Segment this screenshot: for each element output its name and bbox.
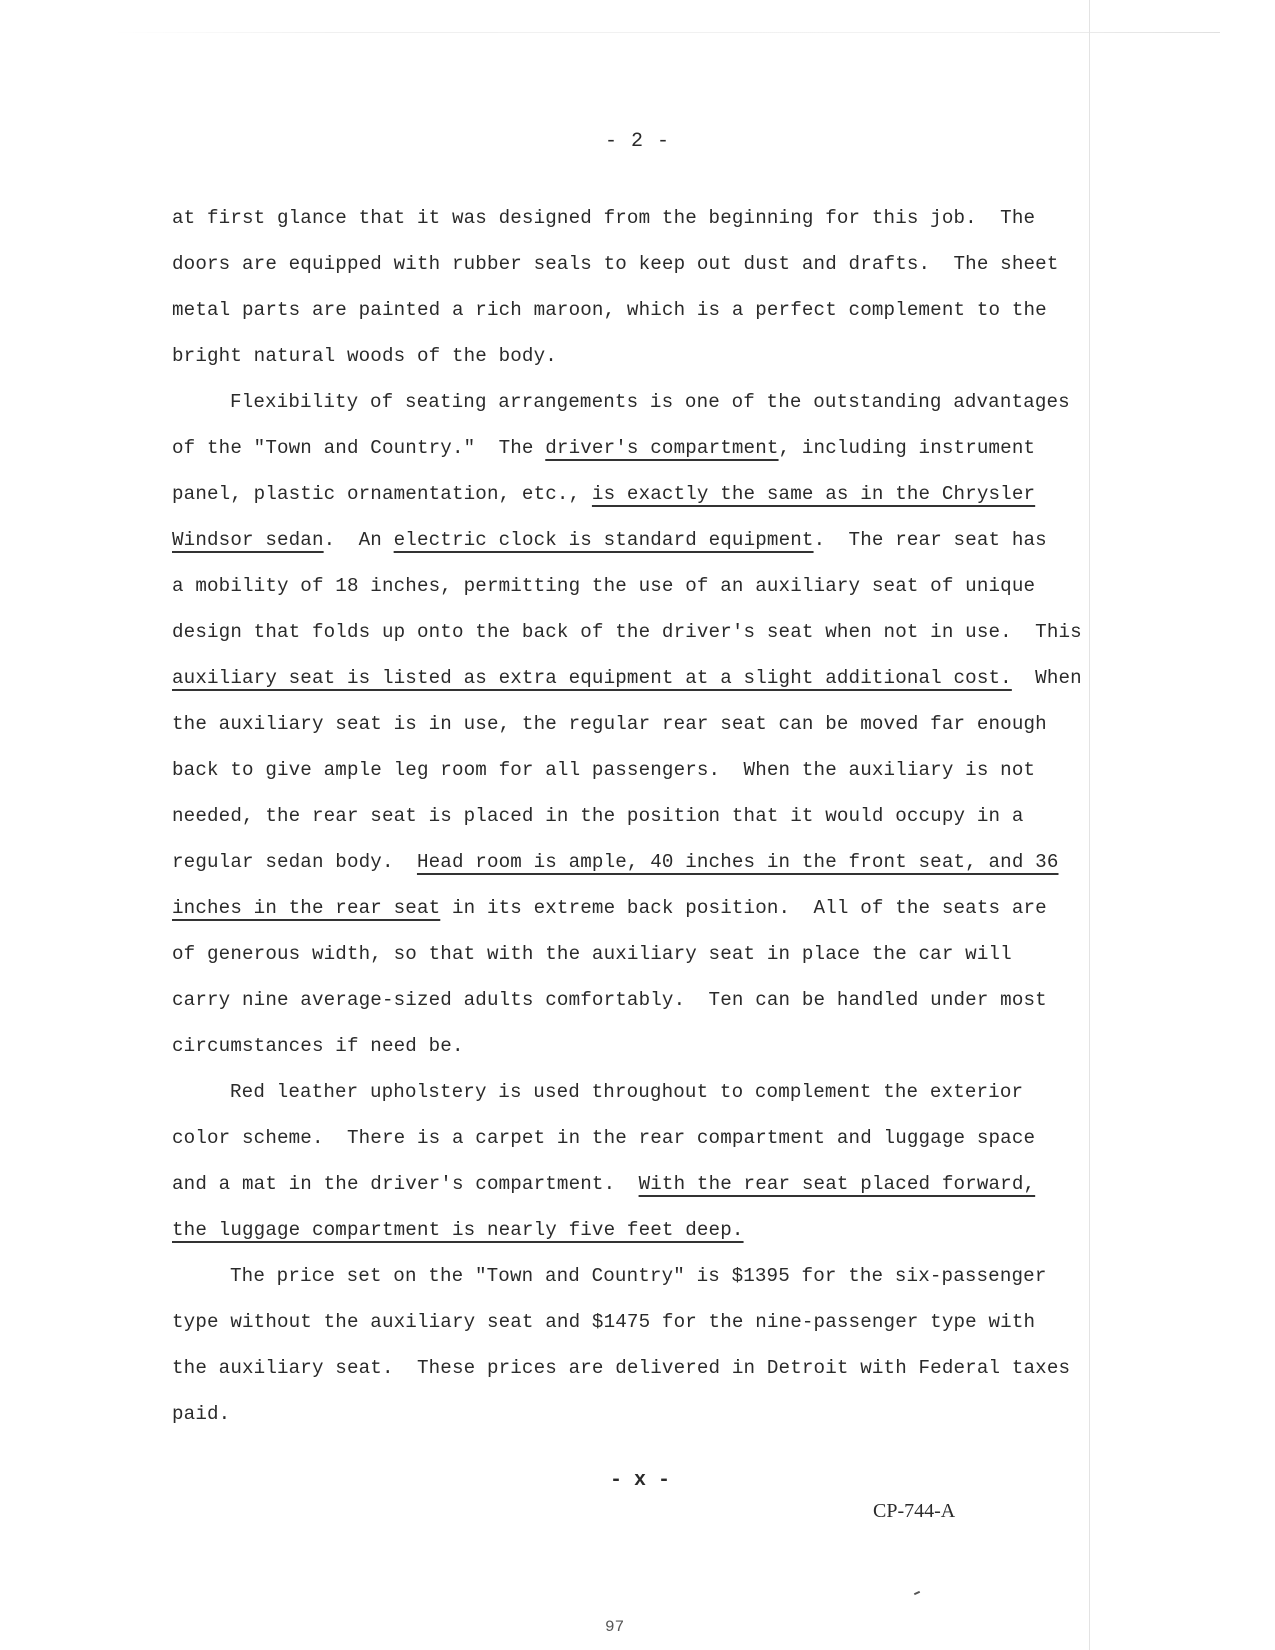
text-line: carry nine average-sized adults comforta… <box>172 977 1132 1023</box>
document-page: - 2 - at first glance that it was design… <box>0 0 1275 1650</box>
text-line: doors are equipped with rubber seals to … <box>172 241 1132 287</box>
underlined-text: is exactly the same as in the Chrysler <box>592 483 1035 505</box>
text-segment: doors are equipped with rubber seals to … <box>172 253 1059 275</box>
text-segment: back to give ample leg room for all pass… <box>172 759 1035 781</box>
text-segment: paid. <box>172 1403 230 1425</box>
text-line: panel, plastic ornamentation, etc., is e… <box>172 471 1132 517</box>
text-line: the auxiliary seat is in use, the regula… <box>172 701 1132 747</box>
text-line: a mobility of 18 inches, permitting the … <box>172 563 1132 609</box>
underlined-text: With the rear seat placed forward, <box>639 1173 1036 1195</box>
underlined-text: inches in the rear seat <box>172 897 440 919</box>
text-line: and a mat in the driver's compartment. W… <box>172 1161 1132 1207</box>
text-line: Flexibility of seating arrangements is o… <box>172 379 1132 425</box>
text-line: auxiliary seat is listed as extra equipm… <box>172 655 1132 701</box>
underlined-text: auxiliary seat is listed as extra equipm… <box>172 667 1012 689</box>
underlined-text: electric clock is standard equipment <box>394 529 814 551</box>
text-segment: metal parts are painted a rich maroon, w… <box>172 299 1047 321</box>
text-segment: type without the auxiliary seat and $147… <box>172 1311 1035 1333</box>
folio-number: 97 <box>605 1618 624 1632</box>
text-segment: design that folds up onto the back of th… <box>172 621 1082 643</box>
text-line: Red leather upholstery is used throughou… <box>172 1069 1132 1115</box>
text-segment: , including instrument <box>779 437 1036 459</box>
page-number: - 2 - <box>0 130 1275 153</box>
text-segment: the auxiliary seat is in use, the regula… <box>172 713 1047 735</box>
text-line: the auxiliary seat. These prices are del… <box>172 1345 1132 1391</box>
text-line: the luggage compartment is nearly five f… <box>172 1207 1132 1253</box>
text-segment: at first glance that it was designed fro… <box>172 207 1035 229</box>
text-line: back to give ample leg room for all pass… <box>172 747 1132 793</box>
text-segment: bright natural woods of the body. <box>172 345 557 367</box>
text-line: inches in the rear seat in its extreme b… <box>172 885 1132 931</box>
text-segment: Red leather upholstery is used throughou… <box>230 1081 1023 1103</box>
text-segment: circumstances if need be. <box>172 1035 464 1057</box>
underlined-text: Windsor sedan <box>172 529 324 551</box>
text-line: type without the auxiliary seat and $147… <box>172 1299 1132 1345</box>
text-line: Windsor sedan. An electric clock is stan… <box>172 517 1132 563</box>
text-line: circumstances if need be. <box>172 1023 1132 1069</box>
end-mark: - x - <box>600 1469 680 1492</box>
text-segment: of generous width, so that with the auxi… <box>172 943 1012 965</box>
document-body: at first glance that it was designed fro… <box>172 195 1132 1437</box>
text-line: color scheme. There is a carpet in the r… <box>172 1115 1132 1161</box>
underlined-text: driver's compartment <box>545 437 778 459</box>
text-segment: of the "Town and Country." The <box>172 437 545 459</box>
text-segment: a mobility of 18 inches, permitting the … <box>172 575 1035 597</box>
underlined-text: the luggage compartment is nearly five f… <box>172 1219 744 1241</box>
text-segment: . An <box>324 529 394 551</box>
text-segment: in its extreme back position. All of the… <box>440 897 1047 919</box>
text-segment: The price set on the "Town and Country" … <box>230 1265 1047 1287</box>
text-segment: color scheme. There is a carpet in the r… <box>172 1127 1035 1149</box>
text-line: bright natural woods of the body. <box>172 333 1132 379</box>
text-line: paid. <box>172 1391 1132 1437</box>
text-segment: . The rear seat has <box>814 529 1047 551</box>
text-segment: When <box>1012 667 1082 689</box>
text-segment: the auxiliary seat. These prices are del… <box>172 1357 1070 1379</box>
text-line: metal parts are painted a rich maroon, w… <box>172 287 1132 333</box>
text-line: of generous width, so that with the auxi… <box>172 931 1132 977</box>
stray-pen-mark <box>914 1591 920 1595</box>
text-line: of the "Town and Country." The driver's … <box>172 425 1132 471</box>
document-code: CP-744-A <box>873 1500 955 1523</box>
text-line: needed, the rear seat is placed in the p… <box>172 793 1132 839</box>
text-line: regular sedan body. Head room is ample, … <box>172 839 1132 885</box>
text-segment: panel, plastic ornamentation, etc., <box>172 483 592 505</box>
text-line: design that folds up onto the back of th… <box>172 609 1132 655</box>
underlined-text: Head room is ample, 40 inches in the fro… <box>417 851 1059 873</box>
text-segment: carry nine average-sized adults comforta… <box>172 989 1047 1011</box>
text-segment: regular sedan body. <box>172 851 417 873</box>
text-segment: and a mat in the driver's compartment. <box>172 1173 639 1195</box>
text-line: The price set on the "Town and Country" … <box>172 1253 1132 1299</box>
scan-top-rule <box>110 32 1220 33</box>
text-segment: needed, the rear seat is placed in the p… <box>172 805 1024 827</box>
text-segment: Flexibility of seating arrangements is o… <box>230 391 1070 413</box>
text-line: at first glance that it was designed fro… <box>172 195 1132 241</box>
